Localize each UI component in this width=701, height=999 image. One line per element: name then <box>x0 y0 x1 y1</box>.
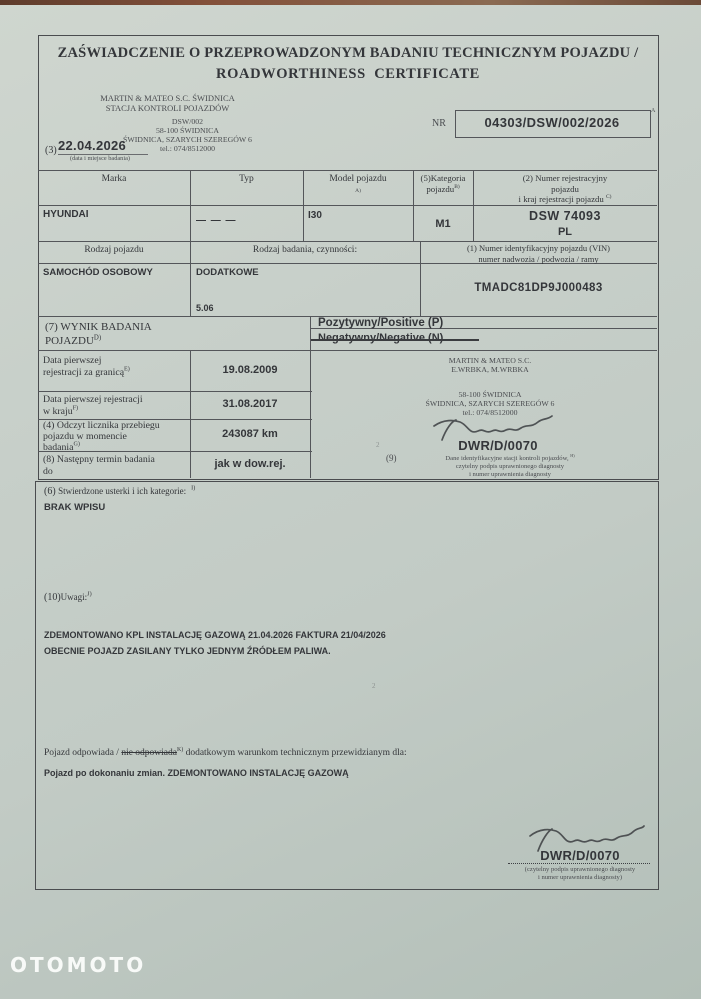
negative-strike-line <box>311 339 479 341</box>
vehicle-type: — — — <box>196 215 237 226</box>
first-registration-country-label: Data pierwszej rejestracji w krajuF) <box>43 394 143 418</box>
corner-footnote: A <box>651 108 655 114</box>
col-header-vin: (1) Numer identyfikacyjny pojazdu (VIN) … <box>420 243 657 264</box>
station-block-postal: 58-100 ŚWIDNICA <box>330 390 650 399</box>
exam-date: 22.04.2026 <box>58 138 126 153</box>
exam-date-caption: (data i miejsce badania) <box>70 155 130 162</box>
otomoto-watermark: OTOMOTO <box>10 953 146 977</box>
first-registration-abroad-label: Data pierwszej rejestracji za granicąE) <box>43 355 130 379</box>
station-name-line1: MARTIN & MATEO S.C. ŚWIDNICA <box>60 93 275 103</box>
col-header-kategoria: (5)Kategoria pojazduB) <box>413 173 473 195</box>
station-block-owners: E.WRBKA, M.WRBKA <box>330 365 650 374</box>
stray-superscript-mark: 2 <box>376 441 380 449</box>
col-header-model: Model pojazdu <box>303 174 413 184</box>
field3-number: (3) <box>45 145 57 156</box>
defects-label: (6) Stwierdzone usterki i ich kategorie:… <box>44 486 195 497</box>
vehicle-kind: SAMOCHÓD OSOBOWY <box>43 267 153 278</box>
col-header-rejestracja: (2) Numer rejestracyjny pojazdu i kraj r… <box>473 173 657 205</box>
remarks-line2: OBECNIE POJAZD ZASILANY TYLKO JEDNYM ŹRÓ… <box>44 646 331 656</box>
result-positive: Pozytywny/Positive (P) <box>318 317 443 329</box>
next-exam-value: jak w dow.rej. <box>190 458 310 470</box>
compliance-struck-text: nie odpowiada <box>121 748 177 758</box>
certificate-title-line1: ZAŚWIADCZENIE O PRZEPROWADZONYM BADANIU … <box>48 45 648 62</box>
exam-kind-code: 5.06 <box>196 303 214 313</box>
vehicle-make: HYUNDAI <box>43 209 89 220</box>
footer-diagnostician-number: DWR/D/0070 <box>500 848 660 863</box>
footer-signature-caption: (czytelny podpis uprawnionego diagnosty … <box>490 866 670 882</box>
vehicle-registration-country: PL <box>473 226 657 238</box>
first-registration-abroad-value: 19.08.2009 <box>190 364 310 376</box>
certificate-title-line2: ROADWORTHINESS CERTIFICATE <box>48 66 648 83</box>
vehicle-model: I30 <box>308 210 322 221</box>
col-header-model-footnote: A) <box>303 188 413 194</box>
station-block-name: MARTIN & MATEO S.C. <box>330 356 650 365</box>
compliance-line: Pojazd odpowiada / nie odpowiadaK) dodat… <box>44 748 407 758</box>
col-header-badanie: Rodzaj badania, czynności: <box>190 245 420 255</box>
vehicle-category: M1 <box>413 218 473 230</box>
photo-background-edge <box>0 0 701 5</box>
signature-dotted-line <box>508 863 650 864</box>
odometer-value: 243087 km <box>190 428 310 440</box>
next-exam-label: (8) Następny termin badania do <box>43 454 155 478</box>
result-negative-struck: Negatywny/Negative (N) <box>318 332 443 344</box>
odometer-label: (4) Odczyt licznika przebiegu pojazdu w … <box>43 421 160 453</box>
nr-label: NR <box>432 118 446 129</box>
exam-kind: DODATKOWE <box>196 267 259 278</box>
remarks-line1: ZDEMONTOWANO KPL INSTALACJĘ GAZOWĄ 21.04… <box>44 630 386 640</box>
certificate-number: 04303/DSW/002/2026 <box>455 115 649 130</box>
diagnostician-number: DWR/D/0070 <box>388 438 608 453</box>
field9-caption: Dane identyfikacyjne stacji kontroli poj… <box>400 455 620 479</box>
compliance-line2: Pojazd po dokonaniu zmian. ZDEMONTOWANO … <box>44 768 349 778</box>
vehicle-vin: TMADC81DP9J000483 <box>420 282 657 294</box>
col-header-typ: Typ <box>190 174 303 184</box>
exam-result-label: (7) WYNIK BADANIA POJAZDUD) <box>45 320 152 349</box>
station-name-line2: STACJA KONTROLI POJAZDÓW <box>60 103 275 113</box>
remarks-label: (10)Uwagi:J) <box>44 592 92 603</box>
station-code: DSW/002 <box>80 117 295 126</box>
field9-number: (9) <box>386 453 397 463</box>
col-header-marka: Marka <box>38 174 190 184</box>
defects-value: BRAK WPISU <box>44 502 105 513</box>
vehicle-registration: DSW 74093 <box>473 209 657 223</box>
col-header-rodzaj: Rodzaj pojazdu <box>38 245 190 255</box>
remarks-stray-mark: 2 <box>372 682 376 690</box>
station-block-street: ŚWIDNICA, SZARYCH SZEREGÓW 6 <box>330 399 650 408</box>
station-postal: 58-100 ŚWIDNICA <box>80 126 295 135</box>
first-registration-country-value: 31.08.2017 <box>190 398 310 410</box>
